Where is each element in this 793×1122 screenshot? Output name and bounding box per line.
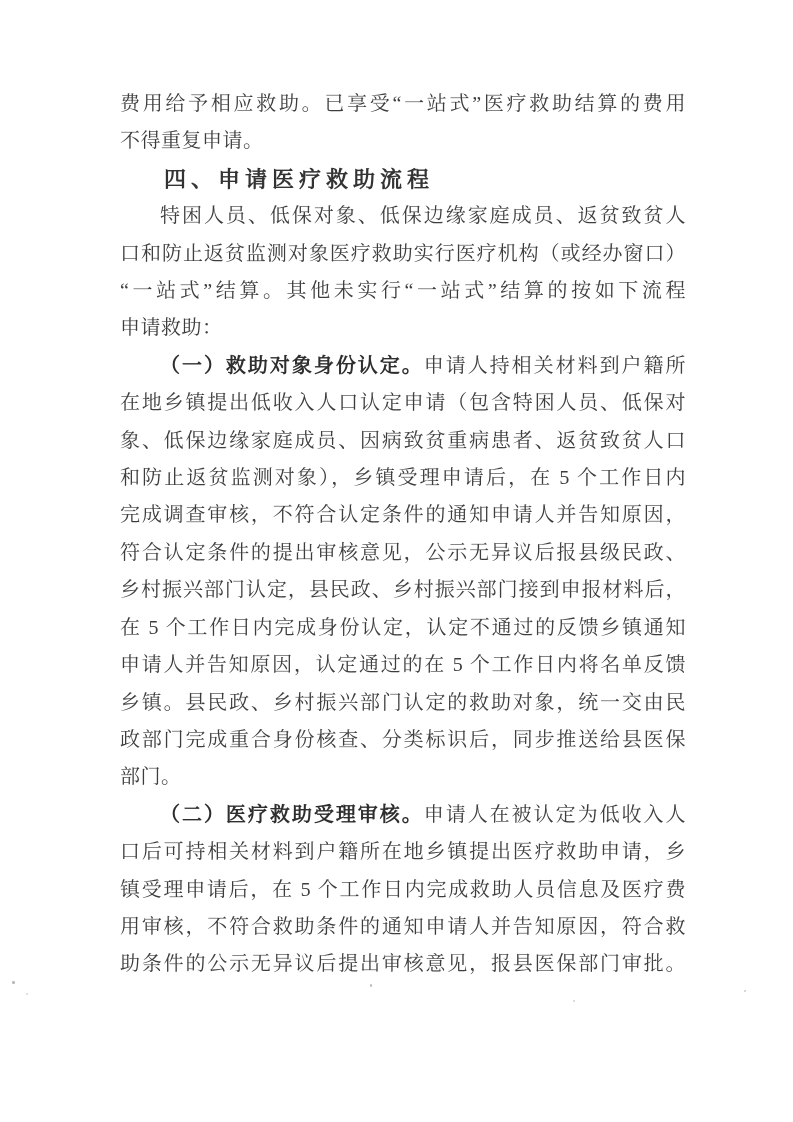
text-line: “一站式”结算。其他未实行“一站式”结算的按如下流程 xyxy=(120,273,686,310)
text-run: 申请人在被认定为低收入人 xyxy=(424,804,686,826)
text-line: 部门。 xyxy=(120,759,686,796)
text-line: 象、低保边缘家庭成员、因病致贫重病患者、返贫致贫人口 xyxy=(120,423,686,460)
text-line: 在 5 个工作日内完成身份认定，认定不通过的反馈乡镇通知 xyxy=(120,610,686,647)
text-line: 特困人员、低保对象、低保边缘家庭成员、返贫致贫人 xyxy=(120,198,686,235)
text-line: 费用给予相应救助。已享受“一站式”医疗救助结算的费用 xyxy=(120,86,686,123)
text-line: 助条件的公示无异议后提出审核意见，报县医保部门审批。 xyxy=(120,946,686,983)
document-page: 费用给予相应救助。已享受“一站式”医疗救助结算的费用 不得重复申请。 四、申请医… xyxy=(0,0,793,1122)
text-line: 乡村振兴部门认定，县民政、乡村振兴部门接到申报材料后， xyxy=(120,572,686,609)
text-line: 镇受理申请后，在 5 个工作日内完成救助人员信息及医疗费 xyxy=(120,872,686,909)
text-line: （二）医疗救助受理审核。申请人在被认定为低收入人 xyxy=(120,797,686,834)
text-line: 不得重复申请。 xyxy=(120,123,686,160)
text-line: 完成调查审核，不符合认定条件的通知申请人并告知原因， xyxy=(120,497,686,534)
section-heading: 四、申请医疗救助流程 xyxy=(120,161,686,198)
text-line: 申请人并告知原因，认定通过的在 5 个工作日内将名单反馈 xyxy=(120,647,686,684)
text-line: 口后可持相关材料到户籍所在地乡镇提出医疗救助申请，乡 xyxy=(120,834,686,871)
text-line: 口和防止返贫监测对象医疗救助实行医疗机构（或经办窗口） xyxy=(120,236,686,273)
text-line: 在地乡镇提出低收入人口认定申请（包含特困人员、低保对 xyxy=(120,385,686,422)
text-line: 和防止返贫监测对象），乡镇受理申请后，在 5 个工作日内 xyxy=(120,460,686,497)
scan-speck xyxy=(744,990,746,992)
text-line: （一）救助对象身份认定。申请人持相关材料到户籍所 xyxy=(120,348,686,385)
scan-speck xyxy=(573,1000,575,1002)
text-line: 符合认定条件的提出审核意见，公示无异议后报县级民政、 xyxy=(120,535,686,572)
text-line: 政部门完成重合身份核查、分类标识后，同步推送给县医保 xyxy=(120,722,686,759)
scan-speck xyxy=(370,984,372,987)
text-line: 申请救助： xyxy=(120,310,686,347)
document-text-block: 费用给予相应救助。已享受“一站式”医疗救助结算的费用 不得重复申请。 四、申请医… xyxy=(120,86,686,984)
text-line: 用审核，不符合救助条件的通知申请人并告知原因，符合救 xyxy=(120,909,686,946)
text-line: 乡镇。县民政、乡村振兴部门认定的救助对象，统一交由民 xyxy=(120,685,686,722)
scan-speck xyxy=(12,981,15,984)
text-run: 申请人持相关材料到户籍所 xyxy=(424,355,686,377)
paragraph-lead: （一）救助对象身份认定。 xyxy=(160,355,424,377)
paragraph-lead: （二）医疗救助受理审核。 xyxy=(160,804,424,826)
scan-speck xyxy=(26,993,28,995)
